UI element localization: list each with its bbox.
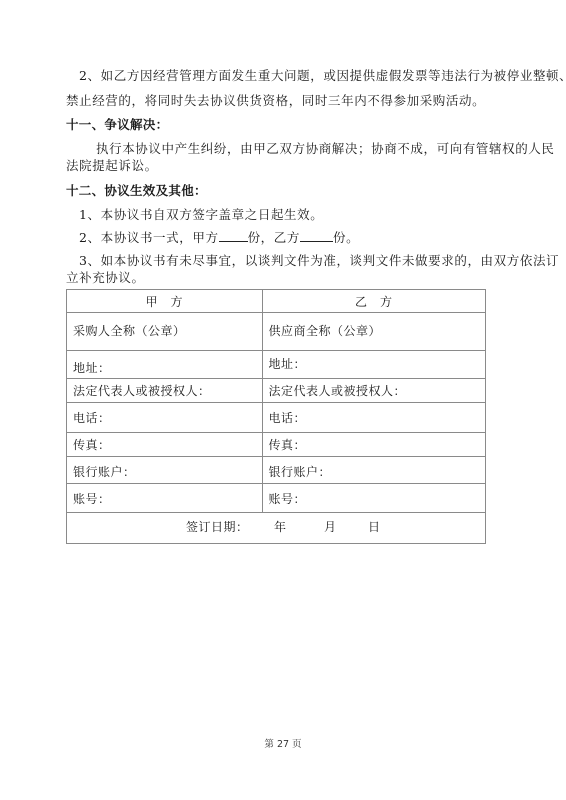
table-row: 采购人全称（公章） 供应商全称（公章）	[67, 313, 486, 351]
party-b-bank-account-cell: 银行账户：	[262, 457, 485, 484]
party-b-account-number-cell: 账号：	[262, 484, 485, 513]
table-row: 电话： 电话：	[67, 403, 486, 433]
table-row: 传真： 传真：	[67, 433, 486, 457]
signing-date-row: 签订日期： 年 月 日	[67, 513, 486, 544]
section-12-item-1: 1、本协议书自双方签字盖章之日起生效。	[79, 207, 323, 223]
section-11-line-2: 法院提起诉讼。	[66, 158, 158, 174]
page-number: 第 27 页	[0, 736, 566, 750]
signing-date-month: 月	[324, 518, 337, 535]
section-12-item-3-line-2: 立补充协议。	[66, 270, 145, 286]
party-a-header: 甲 方	[67, 290, 263, 313]
table-row: 地址： 地址：	[67, 351, 486, 379]
party-b-address-cell: 地址：	[262, 351, 485, 379]
party-b-header: 乙 方	[262, 290, 485, 313]
section-12-item-3-line-1: 3、如本协议书有未尽事宜，以谈判文件为准，谈判文件未做要求的，由双方依法订	[79, 253, 559, 269]
party-a-phone-cell: 电话：	[67, 403, 263, 433]
signature-table-header-row: 甲 方 乙 方	[67, 290, 486, 313]
party-a-address-cell: 地址：	[67, 351, 263, 379]
item-2-suffix: 份。	[333, 230, 359, 245]
table-row: 银行账户： 银行账户：	[67, 457, 486, 484]
clause-2-line-1: 2、如乙方因经营管理方面发生重大问题，或因提供虚假发票等违法行为被停业整顿、	[79, 68, 566, 84]
party-a-copies-blank	[219, 229, 248, 242]
party-a-fax-cell: 传真：	[67, 433, 263, 457]
item-2-mid: 份，乙方	[248, 230, 300, 245]
party-a-bank-account-cell: 银行账户：	[67, 457, 263, 484]
signing-date-cell: 签订日期： 年 月 日	[67, 513, 486, 544]
party-b-phone-cell: 电话：	[262, 403, 485, 433]
section-12-heading: 十二、协议生效及其他：	[66, 183, 207, 199]
signing-date-year: 年	[274, 518, 287, 535]
signature-table: 甲 方 乙 方 采购人全称（公章） 供应商全称（公章） 地址： 地址： 法定代表…	[66, 289, 486, 544]
table-row: 账号： 账号：	[67, 484, 486, 513]
party-a-full-name-cell: 采购人全称（公章）	[67, 313, 263, 351]
party-a-account-number-cell: 账号：	[67, 484, 263, 513]
signing-date-day: 日	[368, 518, 381, 535]
party-b-fax-cell: 传真：	[262, 433, 485, 457]
section-11-heading: 十一、争议解决：	[66, 117, 168, 133]
clause-2-line-2: 禁止经营的，将同时失去协议供货资格，同时三年内不得参加采购活动。	[66, 93, 485, 109]
signing-date-label: 签订日期：	[186, 518, 249, 535]
section-11-line-1: 执行本协议中产生纠纷，由甲乙双方协商解决；协商不成，可向有管辖权的人民	[96, 141, 555, 157]
table-row: 法定代表人或被授权人： 法定代表人或被授权人：	[67, 379, 486, 403]
document-page: 2、如乙方因经营管理方面发生重大问题，或因提供虚假发票等违法行为被停业整顿、 禁…	[0, 0, 566, 800]
party-b-full-name-cell: 供应商全称（公章）	[262, 313, 485, 351]
item-2-prefix: 2、本协议书一式，甲方	[79, 230, 219, 245]
section-12-item-2: 2、本协议书一式，甲方份，乙方份。	[79, 229, 359, 246]
party-b-representative-cell: 法定代表人或被授权人：	[262, 379, 485, 403]
party-a-representative-cell: 法定代表人或被授权人：	[67, 379, 263, 403]
party-b-copies-blank	[300, 229, 333, 242]
